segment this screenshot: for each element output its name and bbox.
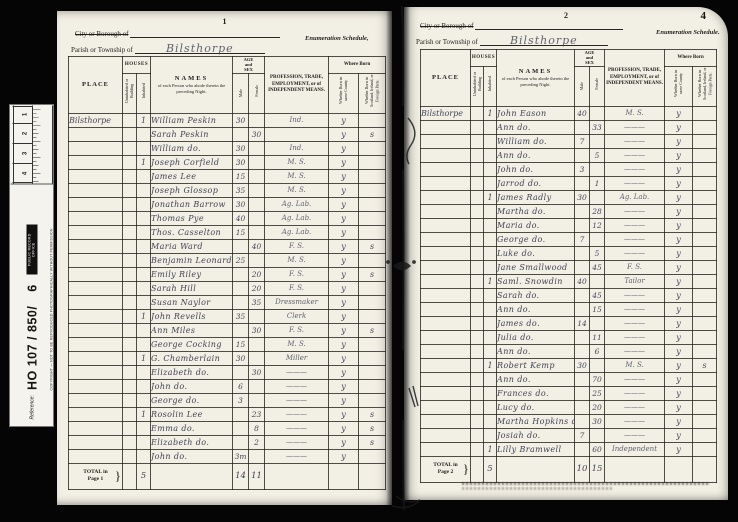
cell-uninhabited [123, 449, 137, 463]
cell-born-county: y [665, 414, 693, 428]
cell-name: Elizabeth do. [151, 365, 233, 379]
cell-age-female [249, 351, 265, 365]
cell-profession: F. S. [265, 239, 329, 253]
cell-born-county: y [329, 253, 359, 267]
cell-age-male [575, 120, 590, 134]
cell-born-county: y [329, 309, 359, 323]
cell-name: John do. [151, 449, 233, 463]
archive-reference-strip: Reference: HO 107 / 850/ 6 PUBLIC RECORD… [9, 104, 54, 427]
cell-profession: Independent [605, 442, 665, 456]
cell-place [69, 225, 123, 239]
cell-profession: ——— [605, 330, 665, 344]
cell-age-male [233, 239, 249, 253]
cell-uninhabited [471, 274, 484, 288]
cell-born-elsewhere [693, 134, 717, 148]
header-uninhabited: Uninhabited or Building [123, 73, 137, 113]
cell-name: Jane Smallwood [497, 260, 575, 274]
cell-age-female [590, 106, 605, 120]
cell-inhabited [484, 302, 497, 316]
piece-number: 6 [25, 284, 39, 291]
cell-uninhabited [471, 120, 484, 134]
cell-age-male [575, 246, 590, 260]
cell-profession: Ind. [265, 113, 329, 127]
cell-age-female [249, 225, 265, 239]
cell-place [69, 379, 123, 393]
person-row: John do.3m———y [69, 449, 386, 463]
cell-name: Robert Kemp [497, 358, 575, 372]
archive-reference-label: Reference: HO 107 / 850/ 6 PUBLIC RECORD… [10, 105, 53, 426]
cell-born-county: y [329, 393, 359, 407]
person-row: 1James Radly30Ag. Lab.y [421, 190, 717, 204]
cell-born-county: y [665, 204, 693, 218]
cell-born-county: y [665, 386, 693, 400]
cell-name: Joseph Glossop [151, 183, 233, 197]
cell-name: Lilly Bramwell [497, 442, 575, 456]
cell-age-female: 5 [590, 246, 605, 260]
header-where-born: Where Born [329, 57, 386, 74]
cell-age-male: 30 [233, 197, 249, 211]
cell-born-county: y [665, 232, 693, 246]
header-female: Female [590, 66, 605, 106]
total-males: 14 [233, 463, 249, 489]
cell-profession: F. S. [605, 260, 665, 274]
cell-uninhabited [123, 267, 137, 281]
cell-age-female [249, 211, 265, 225]
cell-born-county: y [329, 365, 359, 379]
cell-name: Ann Miles [151, 323, 233, 337]
cell-age-male [575, 260, 590, 274]
cell-born-county: y [665, 162, 693, 176]
cell-inhabited [137, 421, 151, 435]
cell-age-female [590, 162, 605, 176]
cell-uninhabited [123, 197, 137, 211]
cell-place [69, 337, 123, 351]
cell-born-county: y [329, 337, 359, 351]
cell-inhabited [484, 134, 497, 148]
cell-inhabited [137, 449, 151, 463]
cell-inhabited: 1 [484, 106, 497, 120]
cell-inhabited [484, 162, 497, 176]
cell-profession: ——— [605, 372, 665, 386]
cell-uninhabited [471, 400, 484, 414]
cell-born-elsewhere [693, 386, 717, 400]
cell-name: Jonathan Barrow [151, 197, 233, 211]
total-names-blank [497, 456, 575, 482]
cell-inhabited: 1 [137, 407, 151, 421]
cell-name: George Cocking [151, 337, 233, 351]
cell-born-county: y [329, 323, 359, 337]
cell-age-female: 40 [249, 239, 265, 253]
cell-profession: ——— [605, 134, 665, 148]
person-row: Emily Riley20F. S.ys [69, 267, 386, 281]
person-row: Julia do.11———y [421, 330, 717, 344]
total-houses: 5 [484, 456, 497, 482]
cell-uninhabited [471, 386, 484, 400]
person-row: Bilsthorpe1William Peskin30Ind.y [69, 113, 386, 127]
cell-name: Lucy do. [497, 400, 575, 414]
cell-age-male [233, 435, 249, 449]
header-age-sex: AGE and SEX [233, 57, 265, 74]
header-houses: HOUSES [471, 50, 497, 67]
cell-inhabited [137, 211, 151, 225]
svg-text:2: 2 [22, 131, 28, 135]
cell-inhabited [137, 253, 151, 267]
cell-profession: Clerk [265, 309, 329, 323]
header-inhabited: Inhabited [137, 73, 151, 113]
cell-profession: Ind. [265, 141, 329, 155]
cell-place [69, 323, 123, 337]
cell-place [69, 267, 123, 281]
cell-age-male [575, 386, 590, 400]
cell-inhabited [484, 260, 497, 274]
cell-age-female: 11 [590, 330, 605, 344]
cell-name: Ann do. [497, 302, 575, 316]
cell-inhabited [137, 393, 151, 407]
cell-born-elsewhere [693, 148, 717, 162]
cell-uninhabited [123, 155, 137, 169]
person-row: James do.14———y [421, 316, 717, 330]
cell-name: James Radly [497, 190, 575, 204]
enumeration-schedule-label: Enumeration Schedule, [305, 35, 369, 42]
person-row: Ann do.15———y [421, 302, 717, 316]
cell-name: Ann do. [497, 344, 575, 358]
cell-age-male: 30 [233, 351, 249, 365]
cell-profession: ——— [605, 162, 665, 176]
cell-uninhabited [471, 134, 484, 148]
cell-name: G. Chamberlain [151, 351, 233, 365]
cell-inhabited: 1 [137, 351, 151, 365]
cell-name: Martha do. [497, 204, 575, 218]
cell-age-male: 25 [233, 253, 249, 267]
cell-uninhabited [123, 169, 137, 183]
cell-profession: M. S. [605, 358, 665, 372]
cell-born-county: y [329, 449, 359, 463]
cell-place [69, 183, 123, 197]
cell-born-county: y [329, 197, 359, 211]
cell-inhabited [137, 183, 151, 197]
total-uninhabited [471, 456, 484, 482]
cell-age-male: 30 [233, 155, 249, 169]
cell-born-county: y [329, 435, 359, 449]
cell-place [69, 393, 123, 407]
cell-profession: ——— [605, 428, 665, 442]
total-uninhabited [123, 463, 137, 489]
total-names-blank [151, 463, 233, 489]
cell-age-female [590, 358, 605, 372]
cell-place [69, 197, 123, 211]
cell-name: George do. [497, 232, 575, 246]
person-row: Susan Naylor35Dressmakery [69, 295, 386, 309]
cell-profession: ——— [605, 246, 665, 260]
cell-profession: ——— [265, 421, 329, 435]
cell-profession: M. S. [265, 155, 329, 169]
cell-place [69, 365, 123, 379]
census-table-page-1: PLACE HOUSES NAMES of each Person who ab… [68, 56, 386, 490]
cell-born-county: y [329, 183, 359, 197]
cell-profession: M. S. [265, 183, 329, 197]
cell-born-county: y [665, 274, 693, 288]
person-row: Thomas Pye40Ag. Lab.y [69, 211, 386, 225]
cell-age-female: 45 [590, 260, 605, 274]
cell-born-elsewhere [693, 372, 717, 386]
person-row: William do.7———y [421, 134, 717, 148]
cell-inhabited [484, 176, 497, 190]
cell-name: Sarah do. [497, 288, 575, 302]
person-row: Elizabeth do.2———ys [69, 435, 386, 449]
cell-born-county: y [329, 127, 359, 141]
table-header: PLACE HOUSES NAMES of each Person who ab… [421, 50, 717, 107]
header-born-county: Whether Born in same County [329, 73, 359, 113]
cell-age-female [249, 379, 265, 393]
cell-profession: ——— [605, 148, 665, 162]
cell-uninhabited [471, 162, 484, 176]
cell-profession: Miller [265, 351, 329, 365]
cell-profession [265, 127, 329, 141]
total-females: 11 [249, 463, 265, 489]
person-row: 1G. Chamberlain30Millery [69, 351, 386, 365]
cell-age-male [575, 218, 590, 232]
cell-age-female: 70 [590, 372, 605, 386]
cell-name: Ann do. [497, 372, 575, 386]
parish-township-line: Parish or Township ofBilsthorpe [416, 34, 608, 46]
cell-place [69, 421, 123, 435]
person-row: Sarah do.45———y [421, 288, 717, 302]
cell-uninhabited [123, 281, 137, 295]
folio-number: 4 [701, 10, 707, 22]
cell-age-female [590, 274, 605, 288]
cell-age-female [249, 183, 265, 197]
cell-born-county: y [665, 442, 693, 456]
header-born-county: Whether Born in same County [665, 66, 693, 106]
cell-born-county: y [665, 260, 693, 274]
cell-age-female: 15 [590, 302, 605, 316]
enumeration-schedule-label: Enumeration Schedule. [656, 29, 720, 36]
cell-age-male: 30 [233, 141, 249, 155]
cell-uninhabited [123, 435, 137, 449]
cell-age-male: 15 [233, 169, 249, 183]
cell-uninhabited [123, 323, 137, 337]
cell-age-male [233, 407, 249, 421]
cell-name: Saml. Snowdin [497, 274, 575, 288]
cell-born-elsewhere [693, 274, 717, 288]
person-row: Ann do.33———y [421, 120, 717, 134]
cell-profession: ——— [265, 365, 329, 379]
public-record-office-stamp: PUBLIC RECORD OFFICE [26, 224, 37, 274]
cell-age-female [249, 309, 265, 323]
cell-age-female: 5 [590, 148, 605, 162]
cell-uninhabited [123, 309, 137, 323]
person-row: Maria Ward40F. S.ys [69, 239, 386, 253]
header-born-elsewhere: Whether Born in Scotland, Ireland, or Fo… [693, 66, 717, 106]
person-row: Martha Hopkins do.30———y [421, 414, 717, 428]
cell-profession: Tailor [605, 274, 665, 288]
cell-born-elsewhere [693, 162, 717, 176]
cell-uninhabited [123, 183, 137, 197]
person-row: John do.3———y [421, 162, 717, 176]
cell-inhabited [484, 344, 497, 358]
person-row: Sarah Hill20F. S.y [69, 281, 386, 295]
cell-age-male [233, 365, 249, 379]
cell-age-male: 7 [575, 428, 590, 442]
cell-age-female: 8 [249, 421, 265, 435]
cell-inhabited: 1 [137, 309, 151, 323]
cell-age-female: 2 [249, 435, 265, 449]
cell-inhabited [484, 316, 497, 330]
cell-born-county: y [329, 267, 359, 281]
person-row: Bilsthorpe1John Eason40M. S.y [421, 106, 717, 120]
person-row: James Lee15M. S.y [69, 169, 386, 183]
cell-born-elsewhere: s [693, 358, 717, 372]
cell-inhabited [137, 239, 151, 253]
cell-inhabited [484, 400, 497, 414]
svg-text:3: 3 [22, 151, 28, 155]
cell-uninhabited [123, 365, 137, 379]
cell-profession: ——— [605, 400, 665, 414]
cell-age-male [233, 267, 249, 281]
cell-age-male [575, 372, 590, 386]
parish-name-handwritten: Bilsthorpe [510, 34, 578, 47]
person-row: Ann do.5———y [421, 148, 717, 162]
cell-age-female [249, 253, 265, 267]
header-age-sex: AGE and SEX [575, 50, 605, 67]
cell-age-female [249, 141, 265, 155]
cell-inhabited [137, 323, 151, 337]
cell-name: Rosolin Lee [151, 407, 233, 421]
cell-place [69, 169, 123, 183]
cell-age-male: 30 [575, 190, 590, 204]
total-row: TOTAL in Page 1 } 5 14 11 [69, 463, 386, 489]
cell-age-male: 3 [233, 393, 249, 407]
cell-profession: ——— [605, 288, 665, 302]
cell-born-county: y [329, 351, 359, 365]
cell-born-elsewhere [693, 330, 717, 344]
cell-place [69, 141, 123, 155]
cell-name: Luke do. [497, 246, 575, 260]
cell-born-county: y [665, 176, 693, 190]
cell-uninhabited [123, 393, 137, 407]
cell-age-female [590, 316, 605, 330]
cell-uninhabited [123, 351, 137, 365]
cell-uninhabited [123, 295, 137, 309]
cell-age-female: 28 [590, 204, 605, 218]
cell-profession: M. S. [265, 253, 329, 267]
header-where-born: Where Born [665, 50, 717, 67]
cell-inhabited [484, 120, 497, 134]
cell-inhabited: 1 [484, 442, 497, 456]
header-male: Male [233, 73, 249, 113]
cell-uninhabited [471, 316, 484, 330]
cell-uninhabited [471, 344, 484, 358]
total-born-county-blank [665, 456, 693, 482]
cell-age-male [575, 344, 590, 358]
total-profession-blank [605, 456, 665, 482]
cell-born-county: y [329, 379, 359, 393]
cell-born-elsewhere [693, 120, 717, 134]
cell-inhabited [484, 386, 497, 400]
cell-inhabited [137, 197, 151, 211]
cell-name: Thomas Pye [151, 211, 233, 225]
cell-inhabited: 1 [484, 358, 497, 372]
cell-name: Ann do. [497, 148, 575, 162]
cell-name: John Revells [151, 309, 233, 323]
cell-profession: ——— [605, 344, 665, 358]
cell-place [69, 407, 123, 421]
cell-name: Julia do. [497, 330, 575, 344]
person-row: George do.3———y [69, 393, 386, 407]
cell-born-elsewhere [693, 218, 717, 232]
cell-uninhabited [471, 204, 484, 218]
cell-profession: F. S. [265, 323, 329, 337]
cell-born-elsewhere [693, 400, 717, 414]
cell-inhabited [137, 337, 151, 351]
cell-uninhabited [123, 113, 137, 127]
total-born-county-blank [329, 463, 359, 489]
header-female: Female [249, 73, 265, 113]
page-number: 1 [57, 17, 392, 26]
cell-age-male: 30 [233, 113, 249, 127]
cell-profession: F. S. [265, 267, 329, 281]
cell-profession: ——— [265, 407, 329, 421]
cell-born-elsewhere [693, 204, 717, 218]
page-number: 2 [404, 11, 728, 20]
cell-age-male: 15 [233, 337, 249, 351]
cell-profession: ——— [605, 232, 665, 246]
cell-age-male [233, 323, 249, 337]
cell-name: Benjamin Leonard [151, 253, 233, 267]
cell-inhabited: 1 [137, 155, 151, 169]
person-row: 1John Revells35Clerky [69, 309, 386, 323]
total-males: 10 [575, 456, 590, 482]
city-borough-label: City or Borough of [75, 30, 128, 38]
cell-name: Emma do. [151, 421, 233, 435]
person-row: 1Lilly Bramwell60Independenty [421, 442, 717, 456]
header-place: PLACE [69, 57, 123, 114]
cell-age-male [575, 176, 590, 190]
cell-age-female: 45 [590, 288, 605, 302]
cell-inhabited [484, 232, 497, 246]
cell-place [69, 155, 123, 169]
city-borough-blank [475, 21, 623, 30]
cell-age-female: 23 [249, 407, 265, 421]
cell-profession: ——— [605, 176, 665, 190]
cell-born-county: y [329, 281, 359, 295]
cell-profession: ——— [605, 302, 665, 316]
cell-uninhabited [471, 330, 484, 344]
cell-born-county: y [665, 120, 693, 134]
person-row: Ann Miles30F. S.ys [69, 323, 386, 337]
cell-age-male [575, 148, 590, 162]
cell-place: Bilsthorpe [69, 113, 123, 127]
cell-inhabited: 1 [137, 113, 151, 127]
person-row: George do.7———y [421, 232, 717, 246]
person-row: Thos. Casselton15Ag. Lab.y [69, 225, 386, 239]
cell-uninhabited [471, 148, 484, 162]
person-row: Maria do.12———y [421, 218, 717, 232]
person-row: Luke do.5———y [421, 246, 717, 260]
cell-uninhabited [471, 218, 484, 232]
cell-inhabited [137, 281, 151, 295]
header-inhabited: Inhabited [484, 66, 497, 106]
cell-born-county: y [665, 330, 693, 344]
cell-name: Josiah do. [497, 428, 575, 442]
cell-name: Maria Ward [151, 239, 233, 253]
cell-uninhabited [471, 414, 484, 428]
cell-name: Ann do. [497, 120, 575, 134]
cell-age-female [590, 134, 605, 148]
person-row: Elizabeth do.30———y [69, 365, 386, 379]
cell-uninhabited [123, 337, 137, 351]
cell-uninhabited [123, 379, 137, 393]
